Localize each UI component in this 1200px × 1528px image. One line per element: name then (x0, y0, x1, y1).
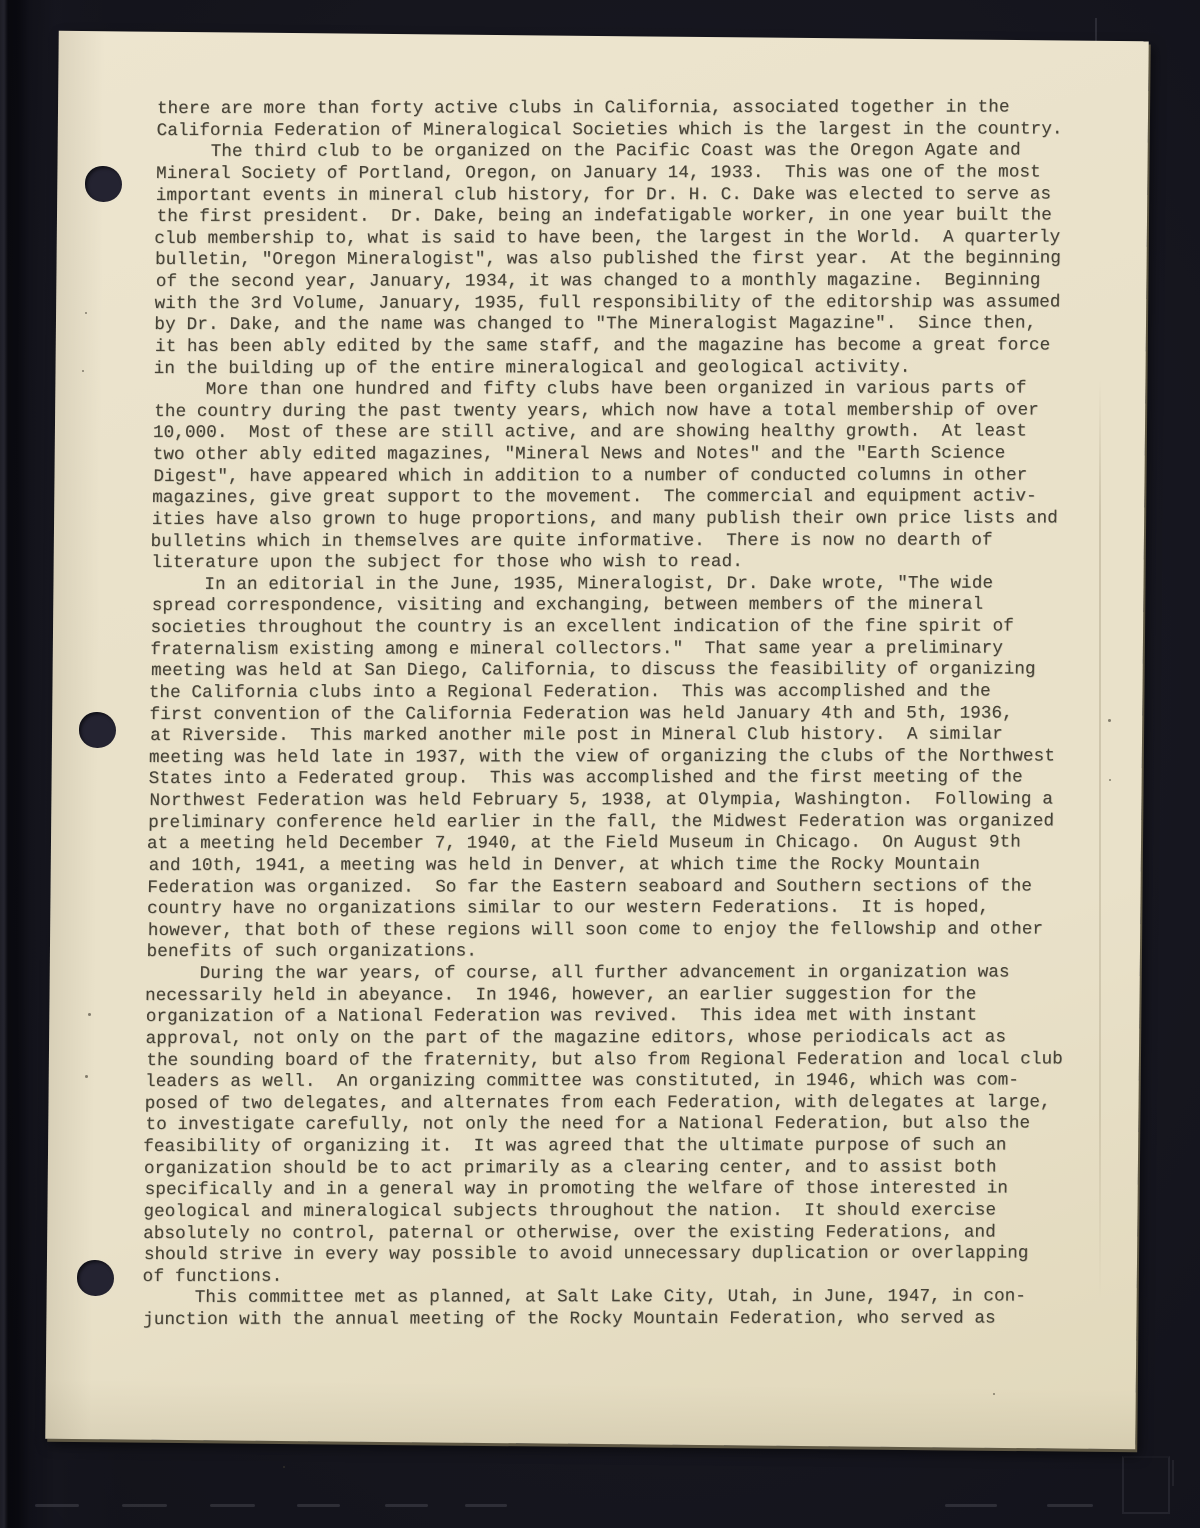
cover-embossed-mark (297, 1504, 340, 1507)
text-line: at Riverside. This marked another mile p… (150, 725, 1067, 748)
paper-speck (283, 1466, 285, 1468)
text-line: absolutely no control, paternal or other… (143, 1222, 1061, 1245)
punch-hole (79, 712, 116, 748)
text-line: This committee met as planned, at Salt L… (141, 1287, 1060, 1310)
text-line: bulletins which in themselves are quite … (150, 530, 1069, 553)
text-line: bulletin, "Oregon Mineralogist", was als… (155, 249, 1073, 272)
cover-embossed-mark (465, 1504, 507, 1507)
text-line: literature upon the subject for those wh… (151, 552, 1069, 575)
text-line: it has been ably edited by the same staf… (155, 335, 1072, 358)
text-line: posed of two delegates, and alternates f… (145, 1092, 1063, 1115)
text-line: benefits of such organizations. (146, 941, 1064, 964)
cover-embossed-mark (122, 1504, 167, 1507)
text-line: necessarily held in abeyance. In 1946, h… (145, 984, 1064, 1007)
text-line: preliminary conference held earlier in t… (148, 811, 1066, 834)
paper-speck (1109, 779, 1111, 781)
text-line: at a meeting held December 7, 1940, at t… (147, 833, 1066, 856)
paper-speck (85, 1075, 88, 1078)
paper-speck (82, 370, 84, 372)
cover-embossed-mark (1047, 1504, 1093, 1507)
text-line: important events in mineral club history… (156, 184, 1074, 207)
text-line: the first president. Dr. Dake, being an … (156, 206, 1073, 229)
paper-speck (1108, 719, 1111, 722)
text-line: spread correspondence, visiting and exch… (152, 595, 1069, 618)
cover-embossed-mark (35, 1504, 79, 1507)
text-line: of functions. (142, 1265, 1060, 1288)
text-line: meeting was held at San Diego, Californi… (151, 660, 1068, 683)
text-line: junction with the annual meeting of the … (143, 1308, 1060, 1331)
text-line: specifically and in a general way in pro… (145, 1179, 1062, 1202)
text-line: Digest", have appeared which in addition… (153, 465, 1070, 488)
text-line: feasibility of organizing it. It was agr… (143, 1135, 1062, 1158)
text-line: States into a Federated group. This was … (149, 768, 1067, 791)
text-line: Mineral Society of Portland, Oregon, on … (156, 162, 1074, 185)
text-line: to investigate carefully, not only the n… (145, 1114, 1062, 1137)
text-line: in the building up of the entire mineral… (154, 357, 1072, 380)
text-line: ities have also grown to huge proportion… (152, 508, 1070, 531)
cover-embossed-mark (385, 1504, 428, 1507)
paper-speck (993, 1393, 995, 1395)
text-line: should strive in every way possible to a… (144, 1244, 1061, 1267)
text-line: organization of a National Federation wa… (146, 1006, 1064, 1029)
text-line: and 10th, 1941, a meeting was held in De… (148, 854, 1065, 877)
text-line: Northwest Federation was held February 5… (149, 789, 1066, 812)
text-line: fraternalism existing among e mineral co… (150, 638, 1068, 661)
punch-hole (85, 166, 122, 202)
text-line: During the war years, of course, all fur… (146, 962, 1064, 985)
cover-tick-mark (1172, 1460, 1174, 1486)
text-line: leaders as well. An organizing committee… (145, 1071, 1063, 1094)
text-line: organization should be to act primarily … (144, 1157, 1062, 1180)
text-line: the sounding board of the fraternity, bu… (146, 1049, 1063, 1072)
text-line: The third club to be organized on the Pa… (157, 141, 1074, 164)
text-line: first convention of the California Feder… (149, 703, 1067, 726)
cover-label-frame-mark (1122, 1456, 1170, 1514)
paper-crease (1099, 380, 1101, 1300)
text-line: California Federation of Mineralogical S… (156, 119, 1074, 142)
text-line: there are more than forty active clubs i… (157, 97, 1075, 120)
text-line: geological and mineralogical subjects th… (143, 1200, 1061, 1223)
text-line: meeting was held late in 1937, with the … (149, 746, 1067, 769)
text-line: two other ably edited magazines, "Minera… (153, 443, 1071, 466)
text-line: however, that both of these regions will… (148, 919, 1065, 942)
paper-speck (88, 1013, 91, 1016)
text-line: by Dr. Dake, and the name was changed to… (154, 314, 1072, 337)
punch-hole (77, 1260, 114, 1296)
text-line: magazines, give great support to the mov… (152, 487, 1070, 510)
text-line: More than one hundred and fifty clubs ha… (152, 379, 1071, 402)
text-line: the California clubs into a Regional Fed… (149, 681, 1068, 704)
text-line: of the second year, January, 1934, it wa… (156, 270, 1073, 293)
text-line: country have no organizations similar to… (147, 898, 1065, 921)
text-line: club membership to, what is said to have… (154, 227, 1073, 250)
cover-embossed-mark (210, 1504, 255, 1507)
text-line: approval, not only on the part of the ma… (145, 1027, 1063, 1050)
text-line: the country during the past twenty years… (154, 400, 1071, 423)
text-line: societies throughout the country is an e… (150, 616, 1068, 639)
text-block: there are more than forty active clubs i… (142, 97, 1075, 1331)
text-line: with the 3rd Volume, January, 1935, full… (154, 292, 1072, 315)
text-line: In an editorial in the June, 1935, Miner… (151, 573, 1069, 596)
paper-speck (85, 312, 87, 314)
text-line: 10,000. Most of these are still active, … (153, 422, 1071, 445)
text-line: Federation was organized. So far the Eas… (147, 876, 1065, 899)
cover-embossed-mark (945, 1504, 997, 1507)
